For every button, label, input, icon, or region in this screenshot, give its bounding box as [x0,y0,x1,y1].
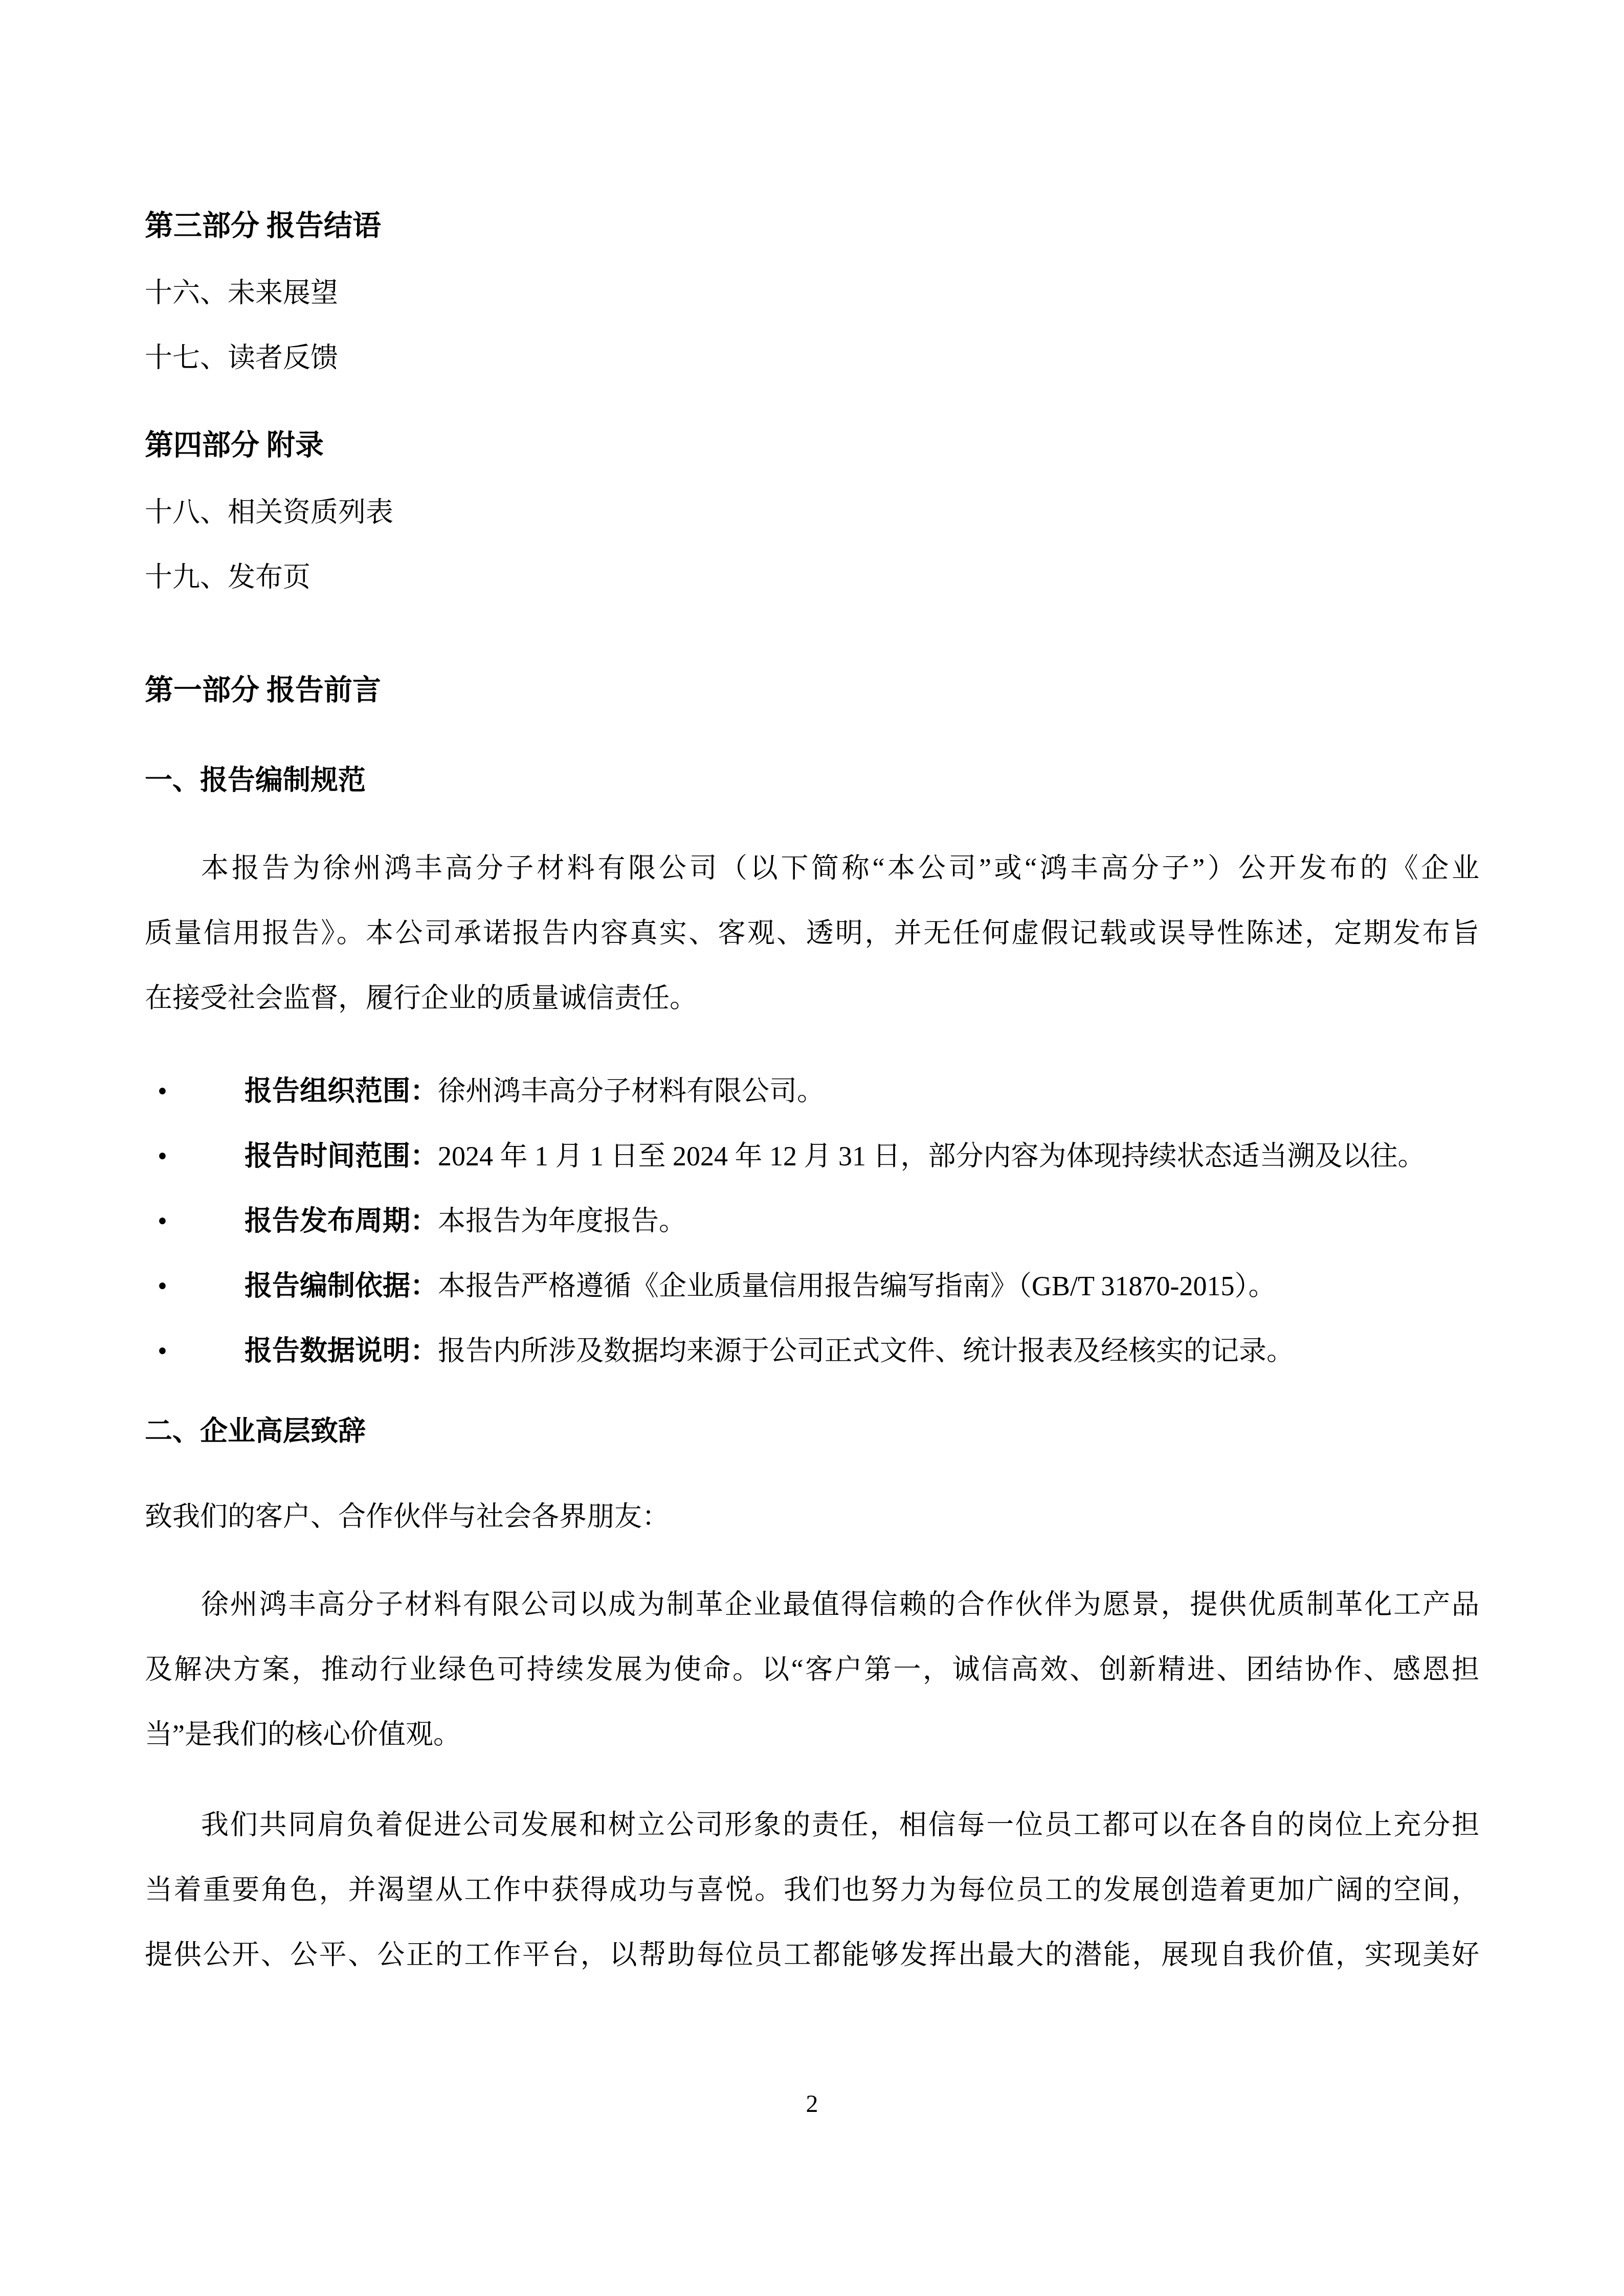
list-item: • 报告时间范围：2024 年 1 月 1 日至 2024 年 12 月 31 … [145,1124,1479,1189]
bullet-text: 报告内所涉及数据均来源于公司正式文件、统计报表及经核实的记录。 [438,1336,1294,1366]
vision-line-3: 当”是我们的核心价值观。 [145,1702,1479,1767]
salutation: 致我们的客户、合作伙伴与社会各界朋友： [145,1484,1479,1549]
bullet-label: 报告发布周期： [244,1206,438,1236]
bullet-text: 2024 年 1 月 1 日至 2024 年 12 月 31 日，部分内容为体现… [438,1141,1426,1172]
vision-paragraph: 徐州鸿丰高分子材料有限公司以成为制革企业最值得信赖的合作伙伴为愿景，提供优质制革… [145,1572,1479,1767]
bullet-label: 报告数据说明： [244,1336,438,1366]
bullet-icon: • [158,1059,167,1124]
bullet-icon: • [158,1189,167,1254]
bullet-label: 报告编制依据： [244,1271,438,1301]
section2-heading: 二、企业高层致辞 [145,1399,1479,1464]
vision-line-1: 徐州鸿丰高分子材料有限公司以成为制革企业最值得信赖的合作伙伴为愿景，提供优质制革… [145,1572,1479,1637]
bullet-icon: • [158,1124,167,1189]
responsibility-line-2: 当着重要角色，并渴望从工作中获得成功与喜悦。我们也努力为每位员工的发展创造着更加… [145,1858,1479,1923]
toc-item-19: 十九、发布页 [145,545,1479,610]
intro-paragraph: 本报告为徐州鸿丰高分子材料有限公司（以下简称“本公司”或“鸿丰高分子”）公开发布… [145,836,1479,1031]
page-number: 2 [0,2089,1624,2120]
bullet-text: 本报告严格遵循《企业质量信用报告编写指南》（GB/T 31870-2015）。 [438,1271,1276,1301]
responsibility-paragraph: 我们共同肩负着促进公司发展和树立公司形象的责任，相信每一位员工都可以在各自的岗位… [145,1793,1479,1988]
intro-line-2: 质量信用报告》。本公司承诺报告内容真实、客观、透明，并无任何虚假记载或误导性陈述… [145,901,1479,966]
responsibility-line-1: 我们共同肩负着促进公司发展和树立公司形象的责任，相信每一位员工都可以在各自的岗位… [145,1793,1479,1858]
responsibility-line-3: 提供公开、公平、公正的工作平台，以帮助每位员工都能够发挥出最大的潜能，展现自我价… [145,1923,1479,1988]
bullet-label: 报告时间范围： [244,1141,438,1172]
list-item: • 报告组织范围：徐州鸿丰高分子材料有限公司。 [145,1059,1479,1124]
bullet-text: 本报告为年度报告。 [438,1206,686,1236]
bullet-text: 徐州鸿丰高分子材料有限公司。 [438,1076,825,1107]
report-spec-list: • 报告组织范围：徐州鸿丰高分子材料有限公司。 • 报告时间范围：2024 年 … [145,1059,1479,1384]
bullet-icon: • [158,1319,167,1384]
part4-title: 第四部分 附录 [145,411,1479,480]
document-page: 第三部分 报告结语 十六、未来展望 十七、读者反馈 第四部分 附录 十八、相关资… [0,0,1624,2296]
toc-item-16: 十六、未来展望 [145,261,1479,326]
page-content: 第三部分 报告结语 十六、未来展望 十七、读者反馈 第四部分 附录 十八、相关资… [0,0,1624,1988]
bullet-label: 报告组织范围： [244,1076,438,1107]
list-item: • 报告编制依据：本报告严格遵循《企业质量信用报告编写指南》（GB/T 3187… [145,1254,1479,1319]
list-item: • 报告数据说明：报告内所涉及数据均来源于公司正式文件、统计报表及经核实的记录。 [145,1319,1479,1384]
list-item: • 报告发布周期：本报告为年度报告。 [145,1189,1479,1254]
part1-title: 第一部分 报告前言 [145,656,1479,725]
section1-heading: 一、报告编制规范 [145,748,1479,813]
vision-line-2: 及解决方案，推动行业绿色可持续发展为使命。以“客户第一，诚信高效、创新精进、团结… [145,1637,1479,1702]
part3-title: 第三部分 报告结语 [145,192,1479,261]
toc-item-17: 十七、读者反馈 [145,326,1479,391]
bullet-icon: • [158,1254,167,1319]
intro-line-3: 在接受社会监督，履行企业的质量诚信责任。 [145,966,1479,1031]
intro-line-1: 本报告为徐州鸿丰高分子材料有限公司（以下简称“本公司”或“鸿丰高分子”）公开发布… [145,836,1479,901]
toc-item-18: 十八、相关资质列表 [145,480,1479,545]
